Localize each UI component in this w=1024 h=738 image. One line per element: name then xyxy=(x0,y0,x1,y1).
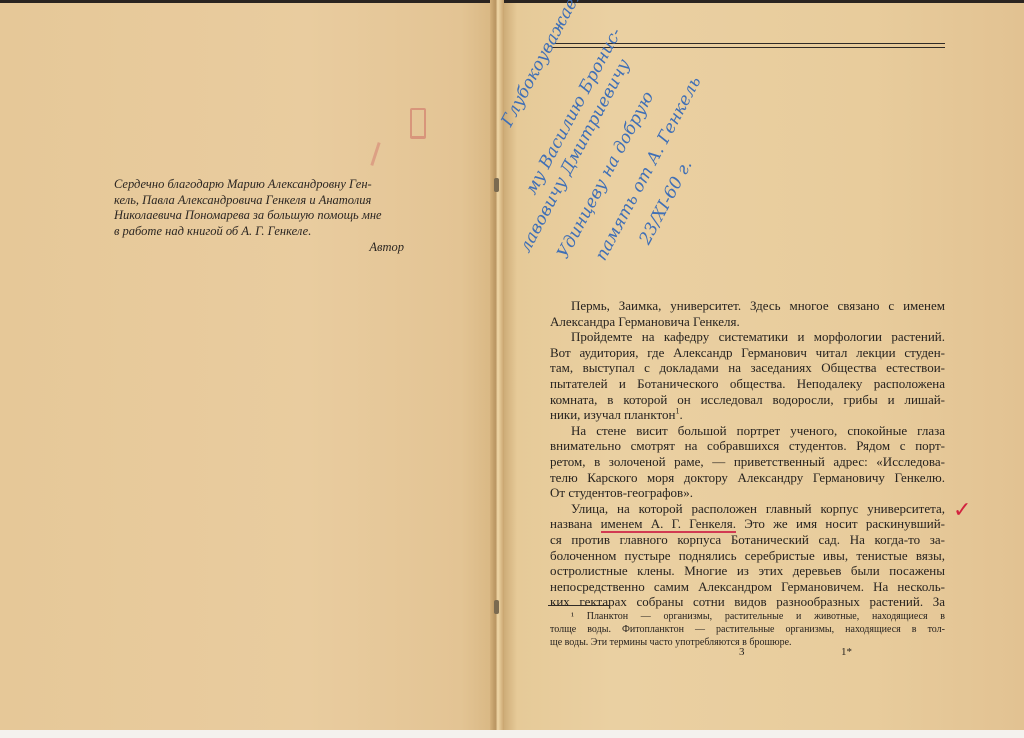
body-text: Пермь, Заимка, университет. Здесь многое… xyxy=(550,298,945,610)
scan-background xyxy=(0,730,1024,738)
text-line: ся против главного корпуса Ботанический … xyxy=(550,532,945,548)
red-pencil-mark xyxy=(410,108,426,139)
text-fragment: Это же имя носит раскинувший- xyxy=(736,516,945,531)
text-fragment: ники, изучал планктон xyxy=(550,407,675,422)
text-line: болоченном пустыре поднялись серебристые… xyxy=(550,548,945,564)
text-line: ретом, в золоченой раме, — приветственны… xyxy=(550,454,945,470)
text-line: комната, в которой он исследовал водорос… xyxy=(550,392,945,408)
handwritten-inscription: Глубокоуважаемо- му Василию Бронис- лаво… xyxy=(505,20,755,240)
red-checkmark-icon: ✓ xyxy=(953,498,973,518)
text-line: телю Карского моря доктору Александру Ге… xyxy=(550,470,945,486)
signature-mark: 1* xyxy=(841,646,852,658)
dedication: Сердечно благодарю Марию Александровну Г… xyxy=(114,177,414,256)
text-line: Вот аудитория, где Александр Германович … xyxy=(550,345,945,361)
text-line: названа именем А. Г. Генкеля. Это же имя… xyxy=(550,516,945,532)
text-line: На стене висит большой портрет ученого, … xyxy=(550,423,945,439)
text-line: Пермь, Заимка, университет. Здесь многое… xyxy=(550,298,945,314)
page-number: 3 xyxy=(739,646,745,658)
dedication-line: Николаевича Пономарева за большую помощь… xyxy=(114,208,414,224)
book-spread: Сердечно благодарю Марию Александровну Г… xyxy=(0,0,1024,730)
footnote-line: ще воды. Эти термины часто употребляются… xyxy=(550,636,945,649)
text-line: От студентов-географов». xyxy=(550,485,945,501)
dedication-line: Сердечно благодарю Марию Александровну Г… xyxy=(114,177,414,193)
footnote-line: толще воды. Фитопланктон — растительные … xyxy=(550,623,945,636)
red-pencil-stroke xyxy=(370,142,380,166)
text-line: ники, изучал планктон1. xyxy=(550,407,945,423)
footnote: ¹ Планктон — организмы, растительные и ж… xyxy=(550,610,945,649)
text-line: Александра Германовича Генкеля. xyxy=(550,314,945,330)
text-line: остролистные клены. Многие из этих дерев… xyxy=(550,563,945,579)
text-line: внимательно смотрят на собравшихся студе… xyxy=(550,438,945,454)
red-underlined-text: именем А. Г. Генкеля. xyxy=(601,516,736,533)
text-fragment: названа xyxy=(550,516,601,531)
dedication-signature: Автор xyxy=(114,240,414,256)
footnote-divider xyxy=(548,605,610,606)
dedication-line: кель, Павла Александровича Генкеля и Ана… xyxy=(114,193,414,209)
footnote-line: ¹ Планктон — организмы, растительные и ж… xyxy=(550,610,945,623)
text-line: ких гектарах собраны сотни видов разнооб… xyxy=(550,594,945,610)
text-line: пытателей и Ботанического общества. Непо… xyxy=(550,376,945,392)
dedication-line: в работе над книгой об А. Г. Генкеле. xyxy=(114,224,414,240)
text-line: Улица, на которой расположен главный кор… xyxy=(550,501,945,517)
text-fragment: . xyxy=(679,407,682,422)
text-line: там, выступал с докладами на заседаниях … xyxy=(550,360,945,376)
text-line: непосредственно самим Александром Герман… xyxy=(550,579,945,595)
left-page: Сердечно благодарю Марию Александровну Г… xyxy=(0,0,496,730)
text-line: Пройдемте на кафедру систематики и морфо… xyxy=(550,329,945,345)
